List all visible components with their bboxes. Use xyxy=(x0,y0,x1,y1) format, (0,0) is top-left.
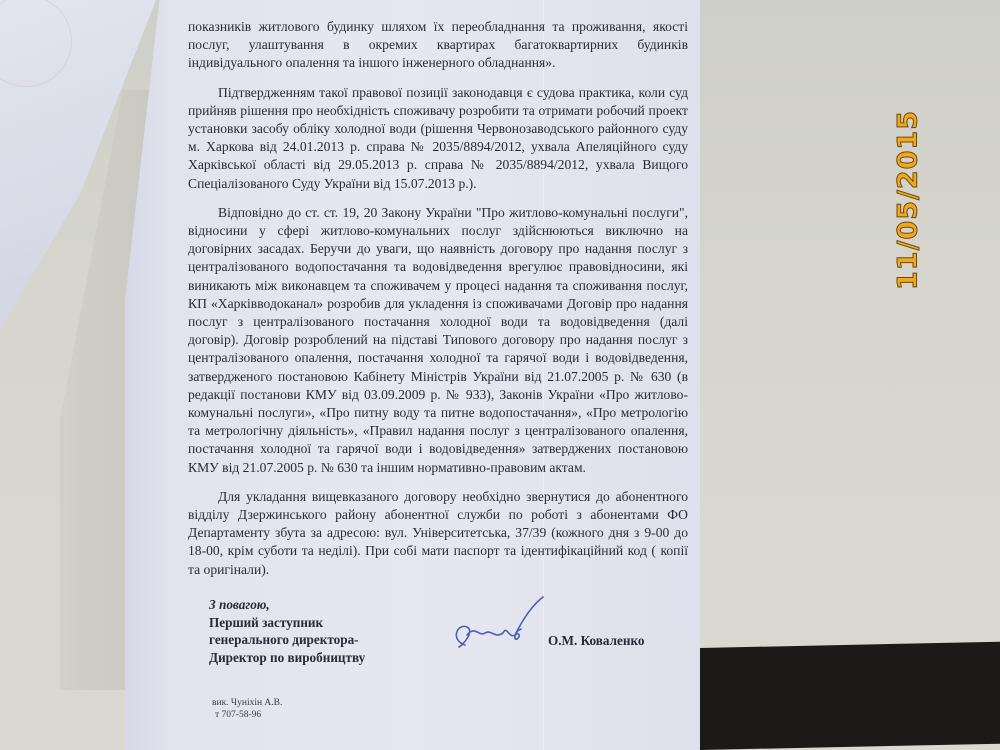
executor-name: вик. Чуніхін А.В. xyxy=(212,697,282,709)
date-stamp-text: 11/05/2015 xyxy=(893,110,924,290)
paragraph-court-practice: Підтвердженням такої правової позиції за… xyxy=(188,84,688,193)
signer-title-line-2: генерального директора- xyxy=(209,631,365,649)
handwritten-signature-icon xyxy=(445,595,555,655)
executor-info: вик. Чуніхін А.В. т 707-58-96 xyxy=(212,697,282,721)
letter-body: показників житлового будинку шляхом їх п… xyxy=(188,18,688,590)
paragraph-continuation: показників житлового будинку шляхом їх п… xyxy=(188,18,688,73)
signer-title-line-1: Перший заступник xyxy=(209,614,365,632)
paragraph-instructions: Для укладання вищевказаного договору нео… xyxy=(188,488,688,579)
signer-title-line-3: Директор по виробництву xyxy=(209,649,365,667)
executor-phone: т 707-58-96 xyxy=(212,709,282,721)
signer-name: О.М. Коваленко xyxy=(548,633,644,649)
signature-block: З повагою, Перший заступник генерального… xyxy=(209,596,365,666)
paragraph-contract-basis: Відповідно до ст. ст. 19, 20 Закону Укра… xyxy=(188,204,688,477)
camera-date-stamp: 11/05/2015 xyxy=(888,100,928,300)
closing-greeting: З повагою, xyxy=(209,596,365,614)
dark-floor xyxy=(700,642,1000,750)
faint-stamp-icon xyxy=(0,0,72,87)
